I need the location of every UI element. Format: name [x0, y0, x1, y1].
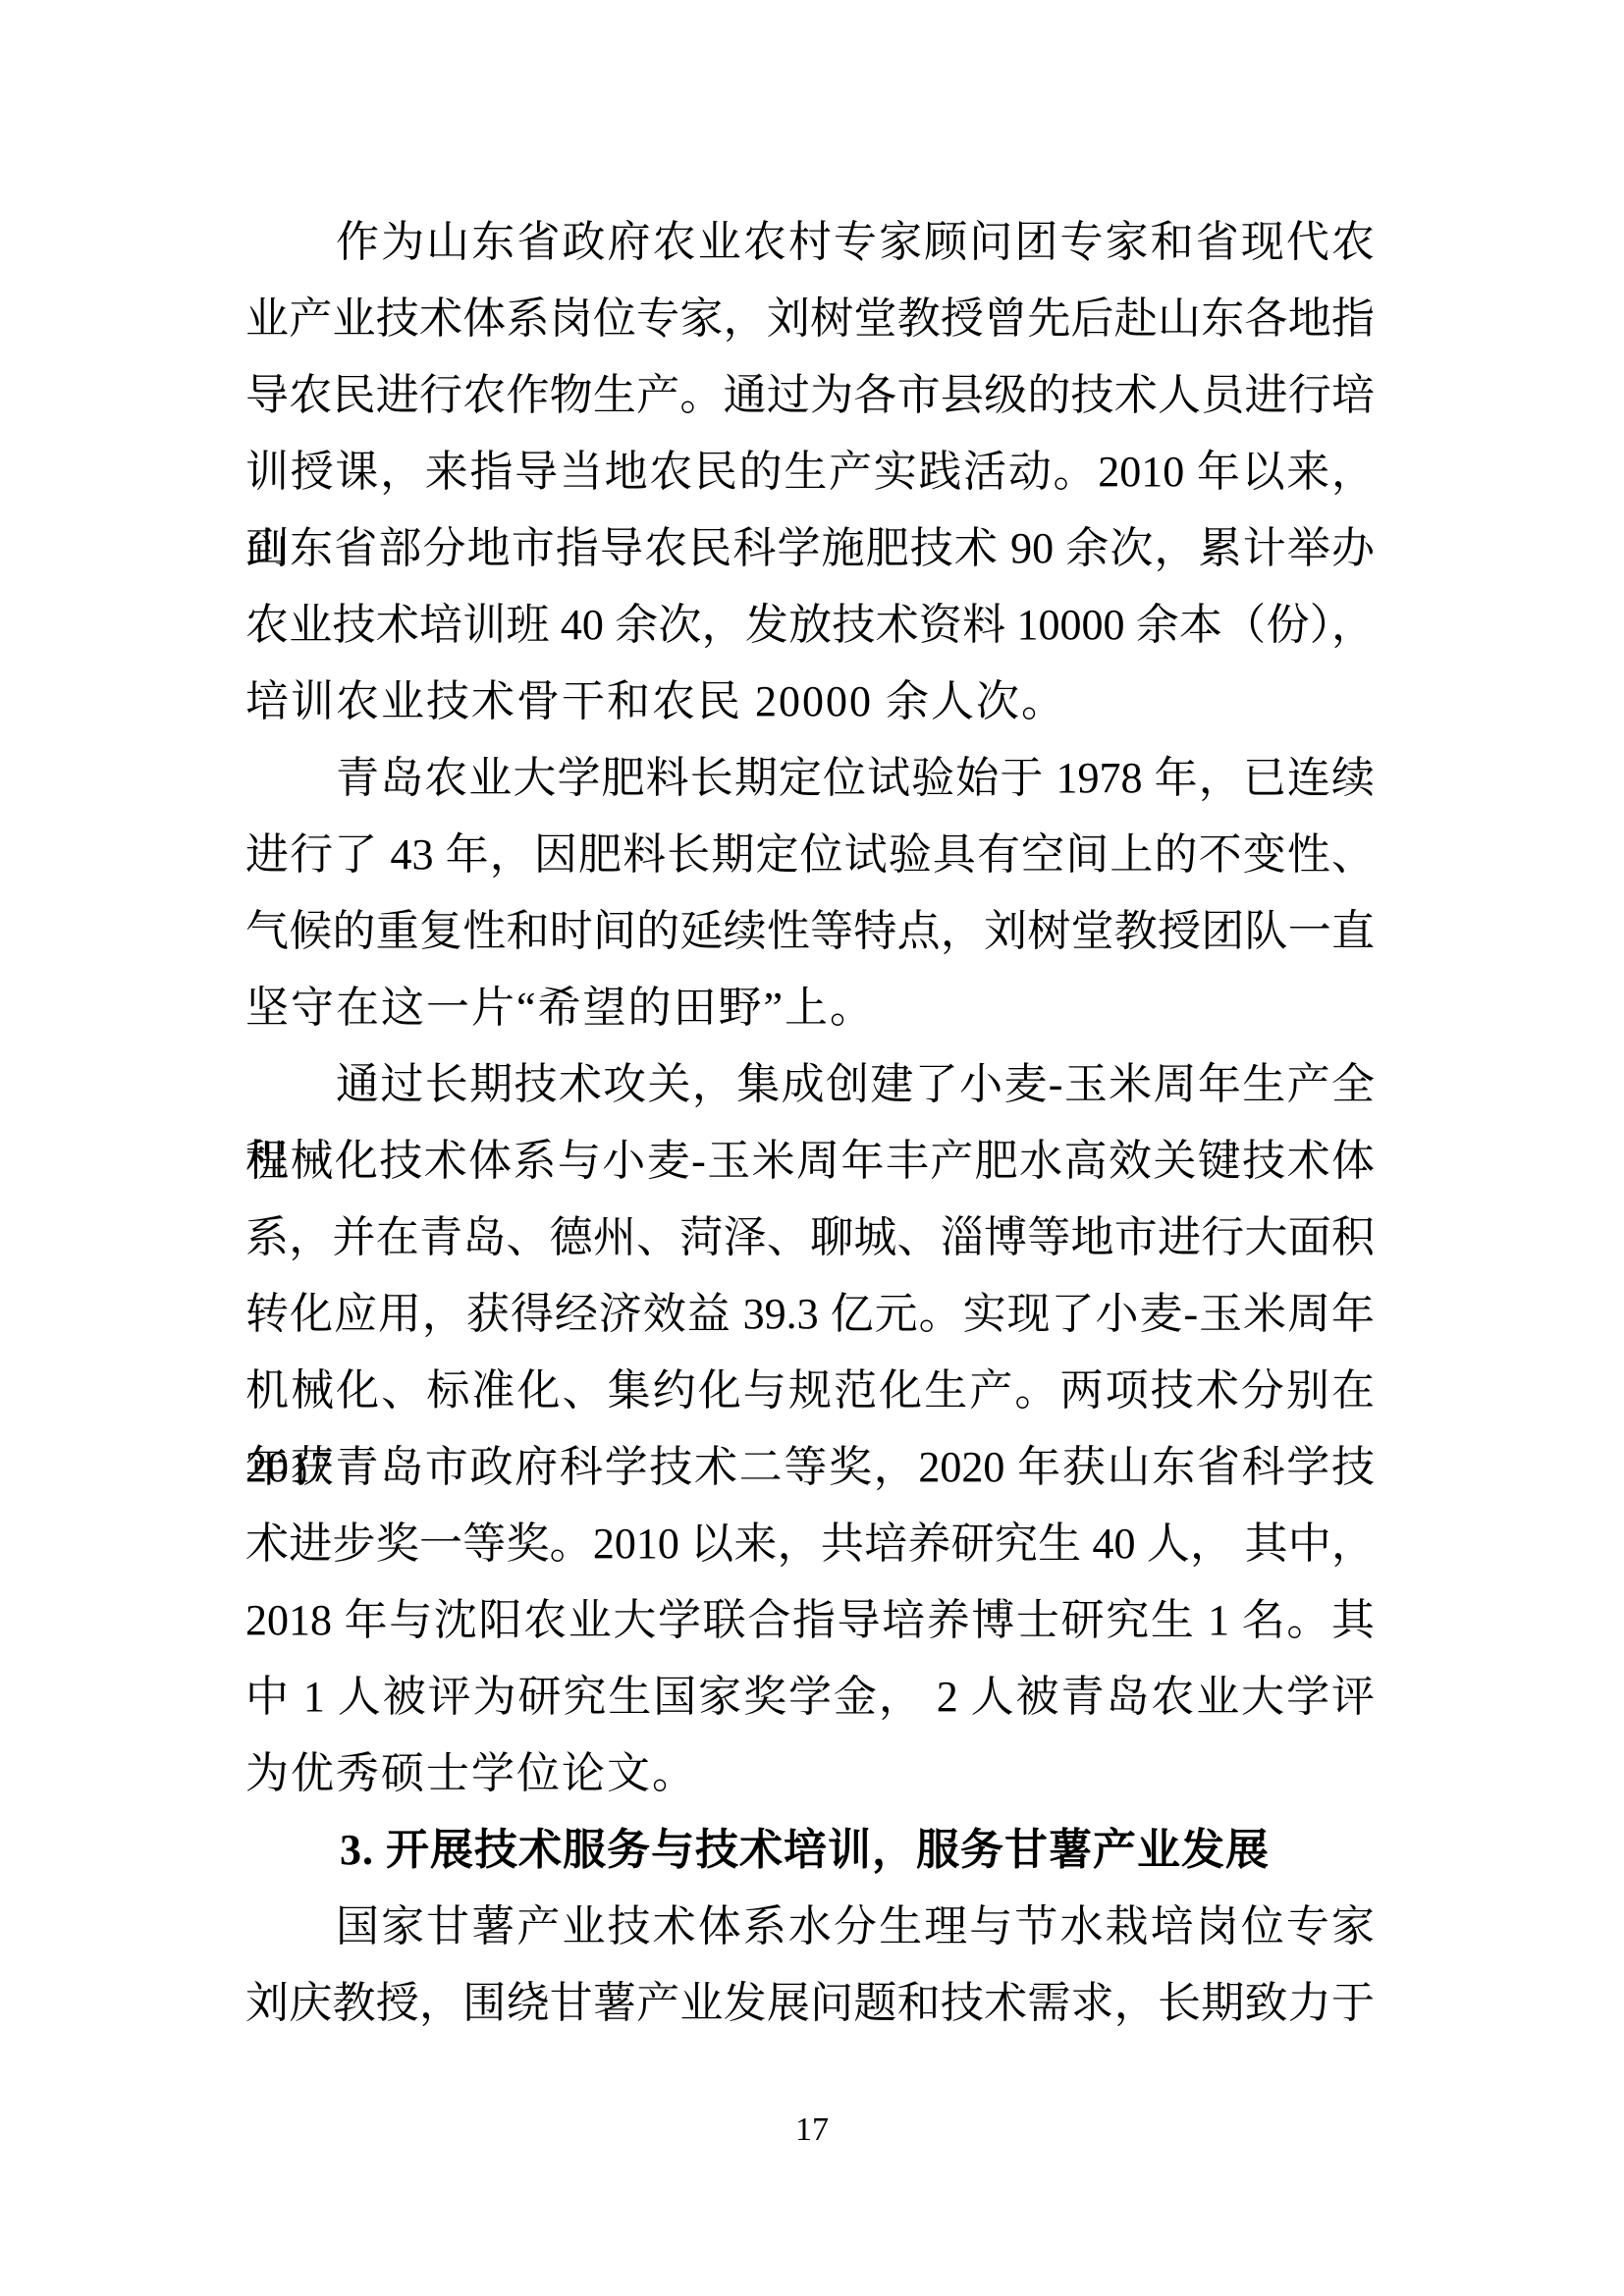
text-line: 术进步奖一等奖。2010 以来，共培养研究生 40 人， 其中，	[245, 1506, 1375, 1582]
text-line: 机械化技术体系与小麦-玉米周年丰产肥水高效关键技术体	[245, 1123, 1375, 1200]
text-line: 培训农业技术骨干和农民 20000 余人次。	[245, 664, 1375, 740]
text-line: 中 1 人被评为研究生国家奖学金， 2 人被青岛农业大学评	[245, 1659, 1375, 1735]
text-line: 作为山东省政府农业农村专家顾问团专家和省现代农	[245, 204, 1375, 281]
text-line: 坚守在这一片“希望的田野”上。	[245, 970, 1375, 1046]
page-number: 17	[0, 2110, 1624, 2150]
text-line: 山东省部分地市指导农民科学施肥技术 90 余次，累计举办	[245, 510, 1375, 587]
document-body: 作为山东省政府农业农村专家顾问团专家和省现代农业产业技术体系岗位专家，刘树堂教授…	[245, 204, 1375, 2042]
text-line: 青岛农业大学肥料长期定位试验始于 1978 年，已连续	[245, 740, 1375, 817]
text-line: 训授课，来指导当地农民的生产实践活动。2010 年以来，到	[245, 434, 1375, 510]
text-line: 业产业技术体系岗位专家，刘树堂教授曾先后赴山东各地指	[245, 281, 1375, 357]
text-line: 农业技术培训班 40 余次，发放技术资料 10000 余本（份），	[245, 587, 1375, 664]
text-line: 刘庆教授，围绕甘薯产业发展问题和技术需求，长期致力于	[245, 1965, 1375, 2042]
text-line: 通过长期技术攻关，集成创建了小麦-玉米周年生产全程	[245, 1046, 1375, 1123]
text-line: 系，并在青岛、德州、菏泽、聊城、淄博等地市进行大面积	[245, 1200, 1375, 1276]
document-page: 作为山东省政府农业农村专家顾问团专家和省现代农业产业技术体系岗位专家，刘树堂教授…	[0, 0, 1624, 2296]
text-line: 国家甘薯产业技术体系水分生理与节水栽培岗位专家	[245, 1889, 1375, 1965]
text-line: 转化应用，获得经济效益 39.3 亿元。实现了小麦-玉米周年	[245, 1276, 1375, 1353]
section-heading: 3. 开展技术服务与技术培训，服务甘薯产业发展	[245, 1812, 1375, 1889]
text-line: 2018 年与沈阳农业大学联合指导培养博士研究生 1 名。其	[245, 1582, 1375, 1659]
text-line: 气候的重复性和时间的延续性等特点，刘树堂教授团队一直	[245, 893, 1375, 970]
text-line: 导农民进行农作物生产。通过为各市县级的技术人员进行培	[245, 357, 1375, 434]
text-line: 机械化、标准化、集约化与规范化生产。两项技术分别在 2017	[245, 1353, 1375, 1429]
text-line: 进行了 43 年，因肥料长期定位试验具有空间上的不变性、	[245, 817, 1375, 893]
text-line: 为优秀硕士学位论文。	[245, 1735, 1375, 1812]
text-line: 年获青岛市政府科学技术二等奖，2020 年获山东省科学技	[245, 1429, 1375, 1506]
